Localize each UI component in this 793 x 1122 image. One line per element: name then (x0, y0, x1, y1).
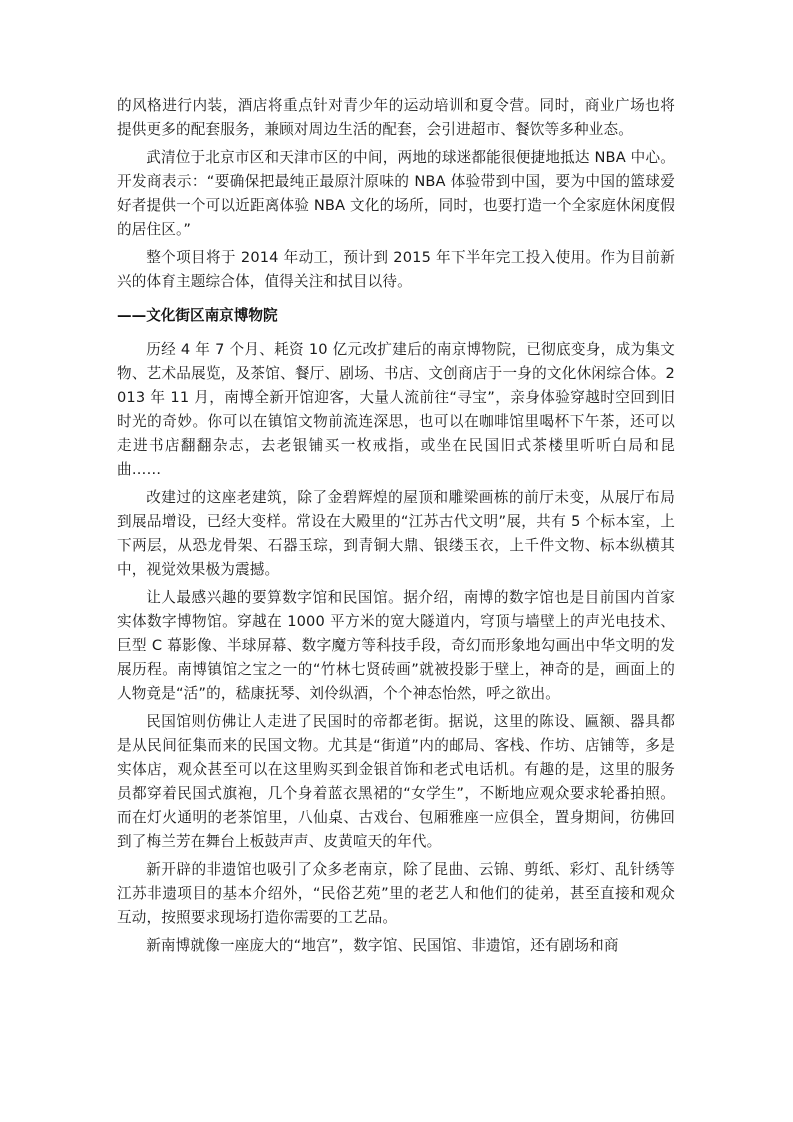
paragraph-renovated-building: 改建过的这座老建筑，除了金碧辉煌的屋顶和雕梁画栋的前厅未变，从展厅布局到展品增设… (117, 486, 675, 582)
paragraph-project-timeline: 整个项目将于 2014 年动工，预计到 2015 年下半年完工投入使用。作为目前… (117, 246, 675, 294)
paragraph-digital-hall: 让人最感兴趣的要算数字馆和民国馆。据介绍，南博的数字馆也是目前国内首家实体数字博… (117, 586, 675, 706)
paragraph-hotel-commercial: 的风格进行内装，酒店将重点针对青少年的运动培训和夏令营。同时，商业广场也将提供更… (117, 94, 675, 142)
paragraph-underground-palace: 新南博就像一座庞大的“地宫”，数字馆、民国馆、非遗馆，还有剧场和商 (117, 934, 675, 958)
paragraph-wuqing-nba-center: 武清位于北京市区和天津市区的中间，两地的球迷都能很便捷地抵达 NBA 中心。开发… (117, 146, 675, 242)
document-page: 的风格进行内装，酒店将重点针对青少年的运动培训和夏令营。同时，商业广场也将提供更… (117, 94, 675, 958)
paragraph-museum-intro: 历经 4 年 7 个月、耗资 10 亿元改扩建后的南京博物院，已彻底变身，成为集… (117, 338, 675, 482)
paragraph-republic-hall: 民国馆则仿佛让人走进了民国时的帝都老街。据说，这里的陈设、匾额、器具都是从民间征… (117, 710, 675, 854)
paragraph-intangible-heritage-hall: 新开辟的非遗馆也吸引了众多老南京，除了昆曲、云锦、剪纸、彩灯、乱针绣等江苏非遗项… (117, 858, 675, 930)
section-heading-nanjing-museum: ——文化街区南京博物院 (117, 304, 675, 328)
